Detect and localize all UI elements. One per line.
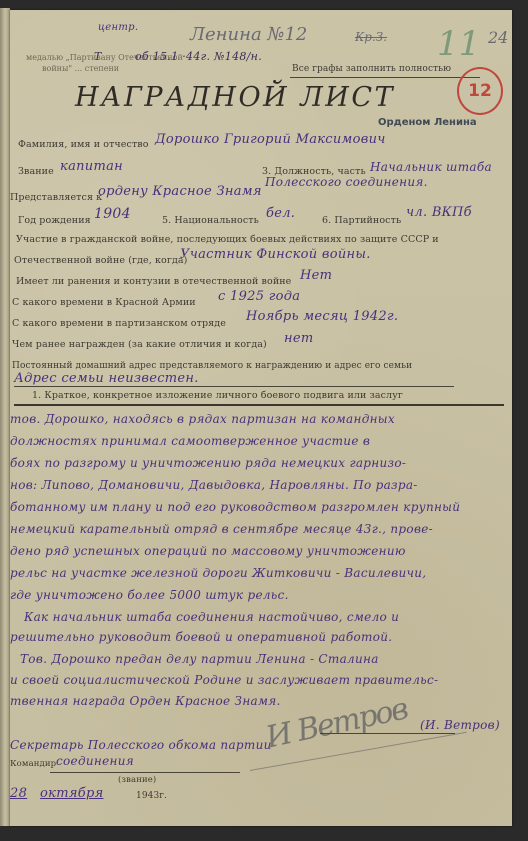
corner-page-number: 24: [488, 28, 508, 47]
field-label-birth-year: Год рождения: [18, 211, 91, 231]
form-note-line2: войны" ... степени: [42, 64, 119, 73]
field-label-rank: Звание: [18, 162, 54, 182]
field-label-nationality: 5. Национальность: [162, 211, 259, 231]
field-value-position-line2: Полесского соединения.: [265, 172, 428, 192]
narrative-line: рельс на участке железной дороги Житкови…: [10, 566, 426, 580]
field-value-rank: капитан: [60, 157, 123, 177]
field-value-birth-year: 1904: [94, 204, 131, 224]
narrative-line: и своей социалистической Родине и заслуж…: [10, 673, 438, 687]
field-value-name: Дорошко Григорий Максимович: [155, 130, 386, 150]
field-label-name: Фамилия, имя и отчество: [18, 135, 149, 155]
narrative-line: где уничтожено более 5000 штук рельс.: [10, 588, 289, 602]
section-divider-bottom: [14, 404, 504, 406]
field-value-partisan: Ноябрь месяц 1942г.: [246, 307, 398, 327]
hand-note-top: центр.: [98, 22, 138, 33]
award-sheet-document: центр. медалью „Партизану Отечественной …: [10, 10, 512, 826]
signer-title-hand: соединения: [56, 754, 134, 768]
field-value-wounds: Нет: [300, 266, 332, 286]
field-value-red-army: с 1925 года: [218, 287, 300, 307]
rank-line: [50, 772, 240, 773]
signer-title-print: Командир: [10, 759, 56, 769]
narrative-line: боях по разгрому и уничтожению ряда неме…: [10, 456, 406, 470]
narrative-line: Тов. Дорошко предан делу партии Ленина -…: [20, 652, 379, 666]
signer-name: (И. Ветров): [420, 718, 500, 732]
field-value-nationality: бел.: [266, 204, 295, 224]
field-label-prior-awards: Чем ранее награжден (за какие отличия и …: [12, 335, 267, 355]
field-value-nominated: ордену Красное Знамя: [98, 182, 262, 202]
field-value-patriotic-war: Участник Финской войны.: [180, 245, 371, 265]
order-printed: Орденом Ленина: [378, 117, 477, 128]
registration-stamp: 12: [457, 67, 503, 115]
hand-order-grey: Ленина №12: [190, 24, 307, 45]
corner-green-mark: 11: [437, 24, 480, 64]
field-value-prior-awards: нет: [284, 329, 313, 349]
page-title: НАГРАДНОЙ ЛИСТ: [75, 82, 395, 113]
narrative-line: немецкий карательный отряд в сентябре ме…: [10, 522, 433, 536]
narrative-line: должностях принимал самоотверженное учас…: [10, 434, 370, 448]
instruction-underline: [290, 77, 480, 78]
signer-title-line1: Секретарь Полесского обкома партии: [10, 738, 272, 752]
hand-mark-t: Т: [94, 50, 102, 63]
field-label-nominated: Представляется к: [10, 188, 102, 208]
field-label-patriotic-war: Отечественной войне (где, когда): [14, 251, 187, 271]
narrative-line: дено ряд успешных операций по массовому …: [10, 544, 406, 558]
field-label-party: 6. Партийность: [322, 211, 401, 231]
narrative-line: тов. Дорошко, находясь в рядах партизан …: [10, 412, 395, 426]
struck-note: Кр.З.: [355, 30, 387, 44]
registration-number: об 15.1 ·44г. №148/н.: [135, 50, 262, 63]
narrative-line: ботанному им плану и под его руководство…: [10, 500, 460, 514]
narrative-line: решительно руководит боевой и оперативно…: [10, 630, 392, 644]
narrative-line: нов: Липово, Домановичи, Давыдовка, Наро…: [10, 478, 418, 492]
date-year: 1943г.: [136, 791, 167, 801]
date-day: 28: [10, 786, 27, 801]
signature-line: [320, 733, 455, 734]
binding-edge: [0, 8, 10, 826]
narrative-line: твенная награда Орден Красное Знамя.: [10, 694, 281, 708]
instruction-text: Все графы заполнить полностью: [292, 64, 451, 74]
stamp-number: 12: [468, 81, 492, 101]
section-divider-top: [14, 386, 454, 387]
section1-heading: 1. Краткое, конкретное изложение личного…: [32, 390, 403, 401]
date-month: октября: [40, 786, 104, 801]
field-label-red-army: С какого времени в Красной Армии: [12, 293, 196, 313]
field-label-partisan: С какого времени в партизанском отряде: [12, 314, 226, 334]
rank-caption: (звание): [118, 775, 156, 785]
field-value-party: чл. ВКПб: [406, 203, 472, 223]
narrative-line: Как начальник штаба соединения настойчив…: [24, 610, 399, 624]
